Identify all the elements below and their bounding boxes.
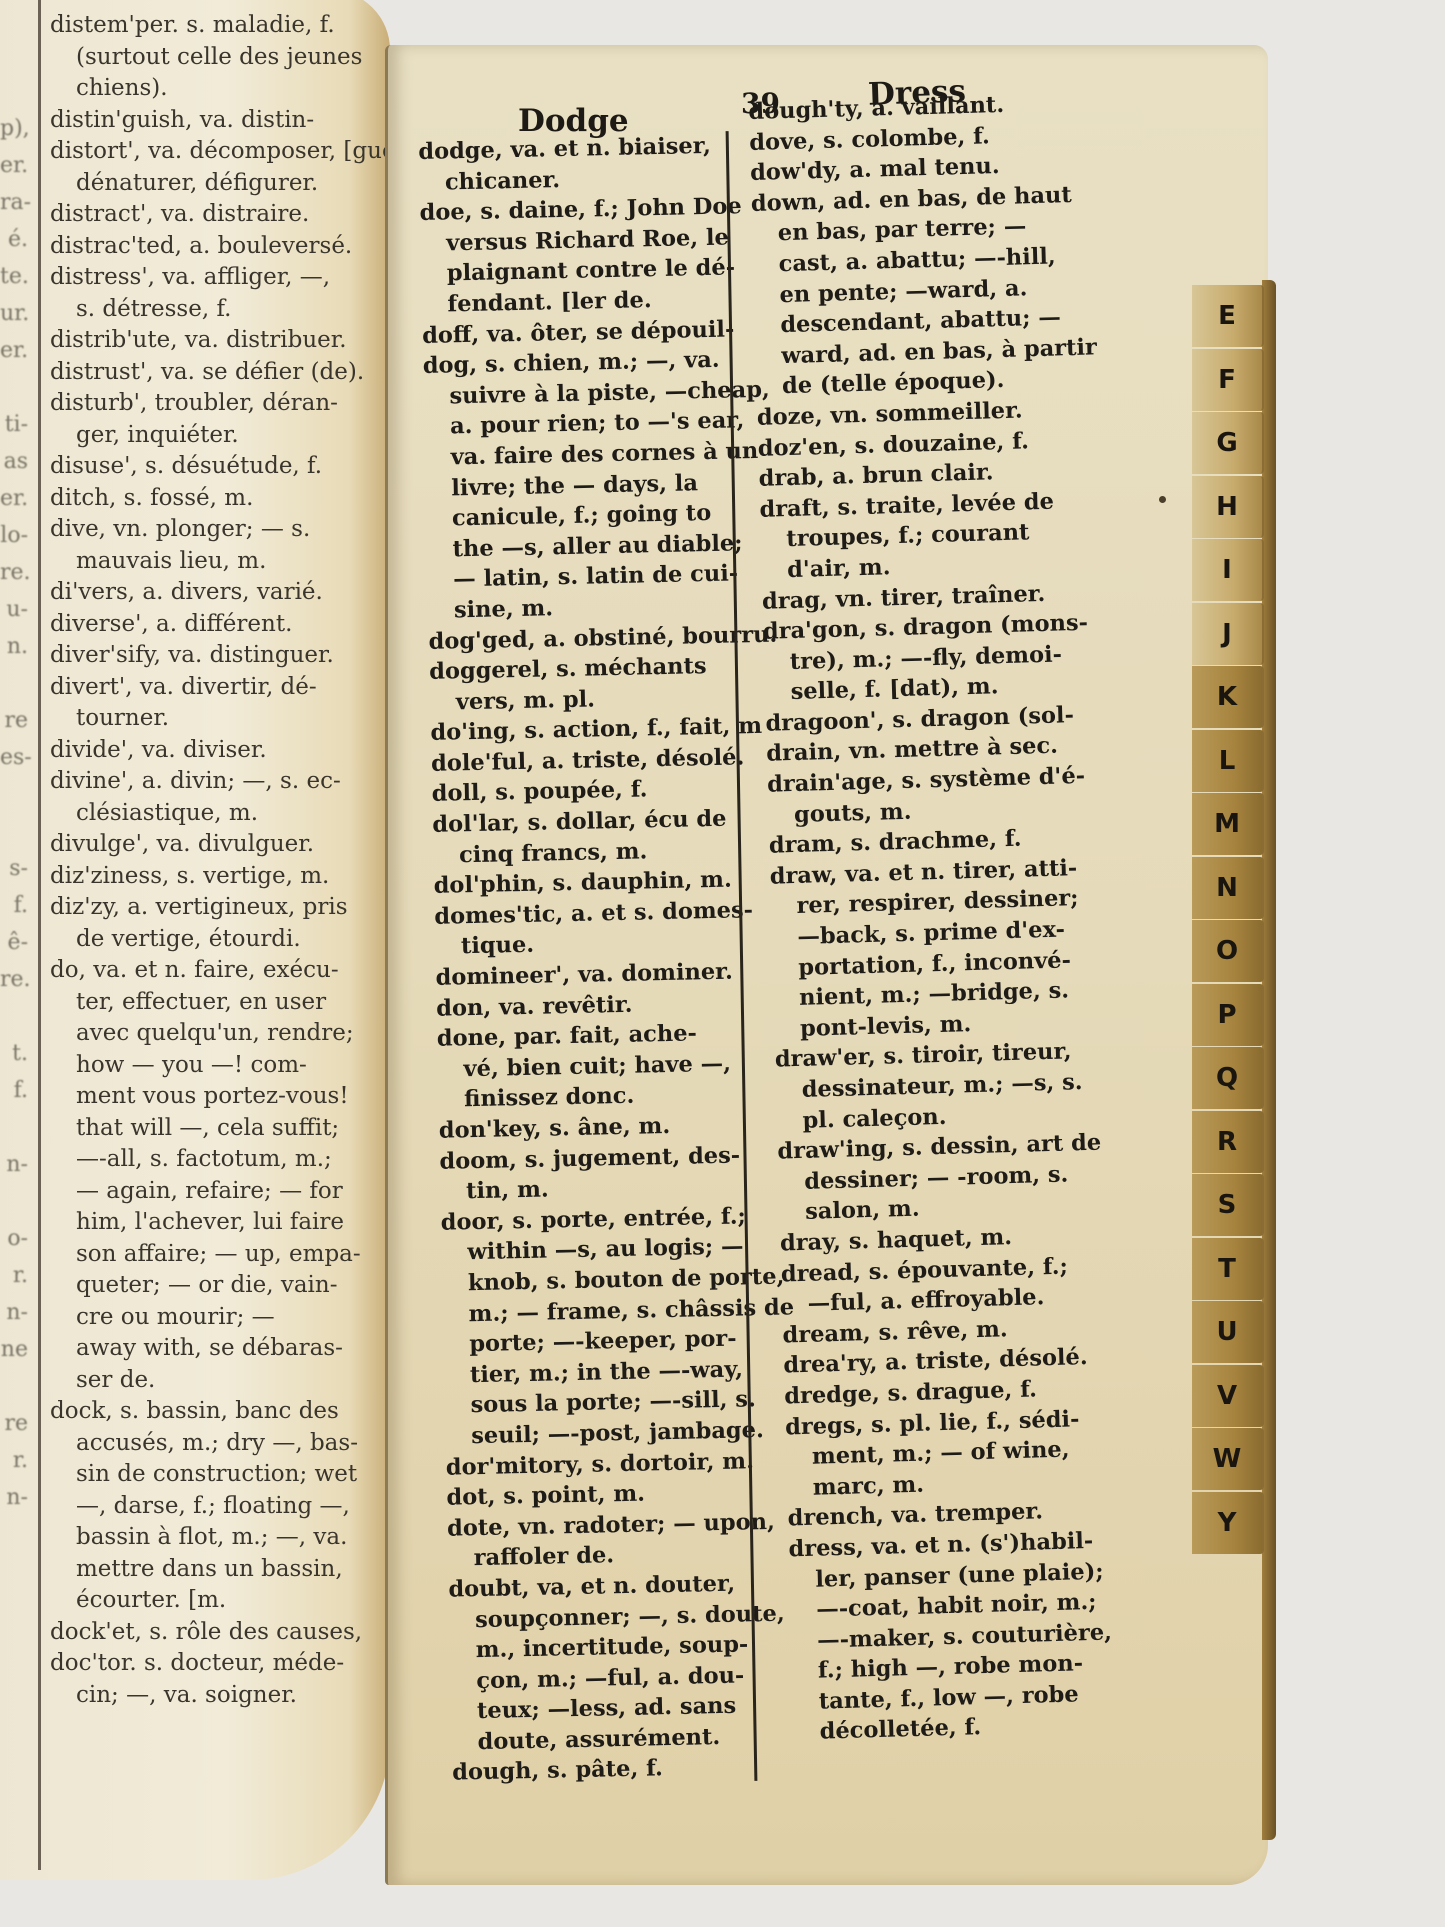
- dictionary-line: doc'tor. s. docteur, méde-: [50, 1648, 370, 1680]
- thumb-tab-q[interactable]: Q: [1192, 1047, 1264, 1109]
- dictionary-line: ter, effectuer, en user: [50, 987, 370, 1019]
- margin-fragment: [0, 998, 28, 1035]
- dictionary-line: tourner.: [50, 703, 370, 735]
- thumb-tab-w[interactable]: W: [1192, 1428, 1264, 1490]
- margin-fragment: re: [0, 1405, 28, 1442]
- margin-fragment: n-: [0, 1146, 28, 1183]
- dictionary-entry: dough, s. pâte, f.: [452, 1751, 773, 1788]
- dictionary-line: de vertige, étourdi.: [50, 924, 370, 956]
- page-edge: [1262, 280, 1276, 1840]
- dictionary-line: do, va. et n. faire, exécu-: [50, 955, 370, 987]
- dictionary-line: divert', va. divertir, dé-: [50, 672, 370, 704]
- dictionary-line: away with, se débaras-: [50, 1333, 370, 1365]
- dictionary-line: divulge', va. divulguer.: [50, 829, 370, 861]
- thumb-tab-t[interactable]: T: [1192, 1238, 1264, 1300]
- dictionary-line: clésiastique, m.: [50, 798, 370, 830]
- dictionary-line: distin'guish, va. distin-: [50, 105, 370, 137]
- dictionary-line: dock'et, s. rôle des causes,: [50, 1617, 370, 1649]
- margin-fragment: re: [0, 702, 28, 739]
- margin-fragment: as: [0, 443, 28, 480]
- dictionary-line: distrib'ute, va. distribuer.: [50, 325, 370, 357]
- margin-fragment: r.: [0, 1442, 28, 1479]
- dictionary-line: diver'sify, va. distinguer.: [50, 640, 370, 672]
- ink-spot: [1159, 496, 1166, 503]
- thumb-tab-r[interactable]: R: [1192, 1111, 1264, 1173]
- margin-fragment: er.: [0, 480, 28, 517]
- thumb-tab-u[interactable]: U: [1192, 1301, 1264, 1363]
- dictionary-line: chiens).: [50, 73, 370, 105]
- margin-fragment: er.: [0, 332, 28, 369]
- margin-fragment: f.: [0, 887, 28, 924]
- dictionary-line: divine', a. divin; —, s. ec-: [50, 766, 370, 798]
- margin-fragment: [0, 813, 28, 850]
- thumb-tab-v[interactable]: V: [1192, 1365, 1264, 1427]
- margin-fragment: ê-: [0, 924, 28, 961]
- dictionary-line: dénaturer, défigurer.: [50, 168, 370, 200]
- thumb-tab-h[interactable]: H: [1192, 476, 1264, 538]
- dictionary-line: distrac'ted, a. bouleversé.: [50, 231, 370, 263]
- dictionary-line: — again, refaire; — for: [50, 1176, 370, 1208]
- dictionary-line: distem'per. s. maladie, f.: [50, 10, 370, 42]
- margin-fragment: r.: [0, 1257, 28, 1294]
- dictionary-line: sin de construction; wet: [50, 1459, 370, 1491]
- thumb-tab-n[interactable]: N: [1192, 857, 1264, 919]
- margin-fragment: [0, 1368, 28, 1405]
- margin-fragment: ti-: [0, 406, 28, 443]
- dictionary-line: ment vous portez-vous!: [50, 1081, 370, 1113]
- dictionary-column-right: dough'ty, a. vaillant.dove, s. colombe, …: [748, 87, 1154, 1748]
- dictionary-line: avec quelqu'un, rendre;: [50, 1018, 370, 1050]
- thumb-tab-g[interactable]: G: [1192, 412, 1264, 474]
- thumb-tab-k[interactable]: K: [1192, 666, 1264, 728]
- margin-fragment: er.: [0, 147, 28, 184]
- margin-fragment: ra-: [0, 184, 28, 221]
- dictionary-line: di'vers, a. divers, varié.: [50, 577, 370, 609]
- margin-fragment: t.: [0, 1035, 28, 1072]
- left-page-margin-fragments: p),er.ra-é.te.ur.er. ti-aser.lo-re.u-n. …: [0, 110, 28, 1516]
- margin-fragment: u-: [0, 591, 28, 628]
- left-page: p),er.ra-é.te.ur.er. ti-aser.lo-re.u-n. …: [0, 0, 390, 1880]
- dictionary-line: mettre dans un bassin,: [50, 1554, 370, 1586]
- dictionary-line: distrust', va. se défier (de).: [50, 357, 370, 389]
- dictionary-line: ser de.: [50, 1365, 370, 1397]
- thumb-tab-e[interactable]: E: [1192, 285, 1264, 347]
- dictionary-line: disturb', troubler, déran-: [50, 388, 370, 420]
- margin-fragment: re.: [0, 961, 28, 998]
- thumb-tab-l[interactable]: L: [1192, 730, 1264, 792]
- dictionary-line: —-all, s. factotum, m.;: [50, 1144, 370, 1176]
- dictionary-line: son affaire; — up, empa-: [50, 1239, 370, 1271]
- dictionary-line: dive, vn. plonger; — s.: [50, 514, 370, 546]
- margin-fragment: te.: [0, 258, 28, 295]
- dictionary-line: mauvais lieu, m.: [50, 546, 370, 578]
- dictionary-line: him, l'achever, lui faire: [50, 1207, 370, 1239]
- dictionary-line: diz'zy, a. vertigineux, pris: [50, 892, 370, 924]
- thumb-tab-p[interactable]: P: [1192, 984, 1264, 1046]
- thumb-tab-s[interactable]: S: [1192, 1174, 1264, 1236]
- dictionary-line: divide', va. diviser.: [50, 735, 370, 767]
- margin-fragment: p),: [0, 110, 28, 147]
- thumb-tab-m[interactable]: M: [1192, 793, 1264, 855]
- margin-fragment: re.: [0, 554, 28, 591]
- dictionary-line: distort', va. décomposer, [guer.: [50, 136, 370, 168]
- dictionary-line: distress', va. affliger, —,: [50, 262, 370, 294]
- dictionary-line: —, darse, f.; floating —,: [50, 1491, 370, 1523]
- dictionary-line: queter; — or die, vain-: [50, 1270, 370, 1302]
- dictionary-column-left: dodge, va. et n. biaiser,chicaner.doe, s…: [418, 130, 773, 1788]
- dictionary-line: cin; —, va. soigner.: [50, 1680, 370, 1712]
- thumb-index: EFGHIJKLMNOPQRSTUVWY: [1192, 285, 1264, 1825]
- thumb-tab-j[interactable]: J: [1192, 603, 1264, 665]
- thumb-tab-f[interactable]: F: [1192, 349, 1264, 411]
- dictionary-line: bassin à flot, m.; —, va.: [50, 1522, 370, 1554]
- dictionary-line: cre ou mourir; —: [50, 1302, 370, 1334]
- margin-fragment: n-: [0, 1294, 28, 1331]
- margin-fragment: n.: [0, 628, 28, 665]
- margin-fragment: [0, 1183, 28, 1220]
- dictionary-line: (surtout celle des jeunes: [50, 42, 370, 74]
- margin-fragment: [0, 369, 28, 406]
- dictionary-line: dock, s. bassin, banc des: [50, 1396, 370, 1428]
- dictionary-line: diz'ziness, s. vertige, m.: [50, 861, 370, 893]
- dictionary-line: ger, inquiéter.: [50, 420, 370, 452]
- margin-fragment: f.: [0, 1072, 28, 1109]
- dictionary-line: écourter. [m.: [50, 1585, 370, 1617]
- thumb-tab-o[interactable]: O: [1192, 920, 1264, 982]
- right-page: Dodge 39 Dress dodge, va. et n. biaiser,…: [385, 45, 1268, 1885]
- margin-fragment: n-: [0, 1479, 28, 1516]
- dictionary-line: how — you —! com-: [50, 1050, 370, 1082]
- dictionary-line: s. détresse, f.: [50, 294, 370, 326]
- thumb-tab-i[interactable]: I: [1192, 539, 1264, 601]
- margin-fragment: [0, 665, 28, 702]
- dictionary-line: accusés, m.; dry —, bas-: [50, 1428, 370, 1460]
- margin-fragment: o-: [0, 1220, 28, 1257]
- margin-fragment: lo-: [0, 517, 28, 554]
- margin-fragment: es-: [0, 739, 28, 776]
- dictionary-line: diverse', a. différent.: [50, 609, 370, 641]
- left-page-body: distem'per. s. maladie, f.(surtout celle…: [50, 10, 370, 1711]
- margin-fragment: ne: [0, 1331, 28, 1368]
- margin-fragment: ur.: [0, 295, 28, 332]
- margin-fragment: s-: [0, 850, 28, 887]
- margin-fragment: [0, 1109, 28, 1146]
- dictionary-line: distract', va. distraire.: [50, 199, 370, 231]
- margin-fragment: é.: [0, 221, 28, 258]
- column-rule: [38, 0, 41, 1870]
- thumb-tab-y[interactable]: Y: [1192, 1492, 1264, 1554]
- dictionary-line: that will —, cela suffit;: [50, 1113, 370, 1145]
- dictionary-line: disuse', s. désuétude, f.: [50, 451, 370, 483]
- margin-fragment: [0, 776, 28, 813]
- dictionary-line: ditch, s. fossé, m.: [50, 483, 370, 515]
